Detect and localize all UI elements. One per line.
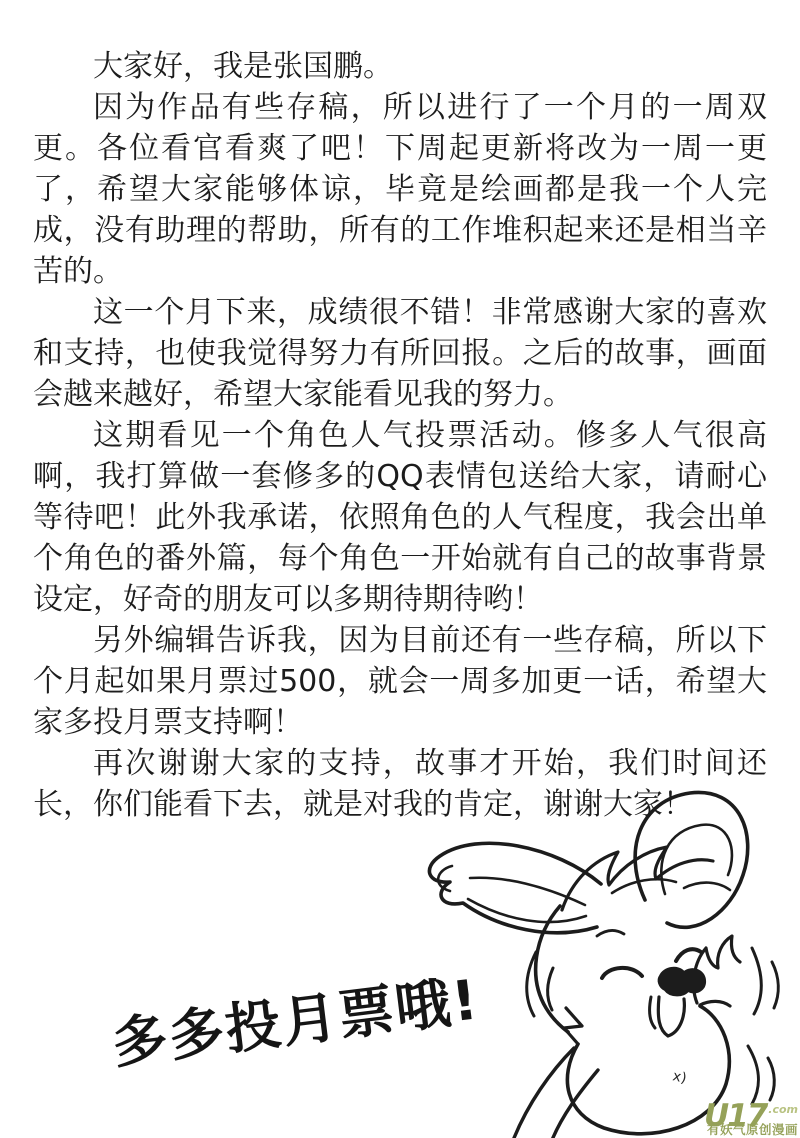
rabbit-left-ear: [429, 843, 601, 932]
note-paragraph: 另外编辑告诉我，因为目前还有一些存稿，所以下个月起如果月票过500，就会一周多加…: [33, 620, 767, 743]
author-note-text: 大家好，我是张国鹏。 因为作品有些存稿，所以进行了一个月的一周双更。各位看官看爽…: [33, 46, 767, 825]
artist-signature: x): [671, 1068, 688, 1087]
note-paragraph: 这期看见一个角色人气投票活动。修多人气很高啊，我打算做一套修多的QQ表情包送给大…: [33, 415, 767, 620]
u17-domain: .com: [768, 1104, 798, 1115]
note-paragraph: 因为作品有些存稿，所以进行了一个月的一周双更。各位看官看爽了吧！下周起更新将改为…: [33, 87, 767, 292]
watermark: U17 .com 有妖气原创漫画: [704, 1101, 798, 1137]
note-paragraph: 这一个月下来，成绩很不错！非常感谢大家的喜欢和支持，也使我觉得努力有所回报。之后…: [33, 292, 767, 415]
author-note-page: 大家好，我是张国鹏。 因为作品有些存稿，所以进行了一个月的一周双更。各位看官看爽…: [0, 0, 800, 1138]
note-paragraph: 大家好，我是张国鹏。: [33, 46, 767, 87]
u17-slogan: 有妖气原创漫画: [704, 1124, 798, 1137]
